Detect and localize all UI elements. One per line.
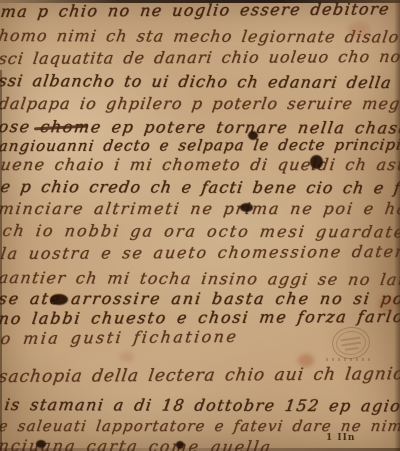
manuscript-line-9: e p chio credo ch e facti bene cio ch e …	[0, 177, 400, 198]
manuscript-line-2: homo nimi ch sta mecho legiornate disalo…	[0, 26, 400, 47]
paper-stain	[378, 296, 396, 314]
ink-blot	[240, 203, 253, 212]
stamp-faint-numerals	[326, 358, 374, 361]
ink-blot	[36, 440, 46, 448]
manuscript-line-17: sachopia della lectera chio aui ch lagni…	[0, 364, 400, 387]
ink-blot	[50, 294, 68, 305]
paper-stain	[120, 352, 134, 362]
manuscript-line-11: ch io nobbi ga ora octo mesi guardate se	[1, 221, 400, 242]
ink-blot	[176, 441, 184, 449]
paper-stain	[348, 22, 370, 37]
ink-blot	[310, 155, 323, 169]
collection-stamp-icon	[330, 325, 372, 362]
manuscript-line-3: sci laquatita de danari chio uoleuo cho …	[0, 47, 400, 68]
manuscript-line-18: is stamani a di 18 dottobre 152 ep agiou…	[3, 395, 400, 416]
manuscript-line-5: dalpapa io ghpilero p poterlo seruire me…	[0, 94, 400, 113]
manuscript-line-10: minciare altrimeti ne prima ne poi e hap…	[0, 199, 400, 218]
manuscript-line-8: uene chaio i mi chometo di queldi ch asu…	[0, 155, 400, 174]
manuscript-page: ma p chio no ne uoglio essere debitore u…	[0, 0, 400, 451]
foliation-mark: 1 IIn	[326, 433, 355, 443]
paper-stain	[298, 354, 314, 367]
manuscript-line-4: ssi albancho to ui dicho ch edanari dell…	[0, 71, 400, 92]
manuscript-line-7: angiouanni decto e selpapa le decte prin…	[0, 135, 400, 155]
manuscript-line-13: aantier ch mi tocha insino aggi se no la…	[0, 268, 400, 289]
manuscript-line-16: o mia gusti fichatione	[0, 327, 240, 348]
manuscript-line-1: ma p chio no ne uoglio essere debitore u…	[0, 0, 400, 21]
ink-blot	[248, 131, 258, 140]
manuscript-line-15: no labbi chuesto e chosi me forza farlo …	[0, 307, 400, 328]
manuscript-line-12: la uostra e se aueto chomessione datemel…	[0, 242, 400, 263]
